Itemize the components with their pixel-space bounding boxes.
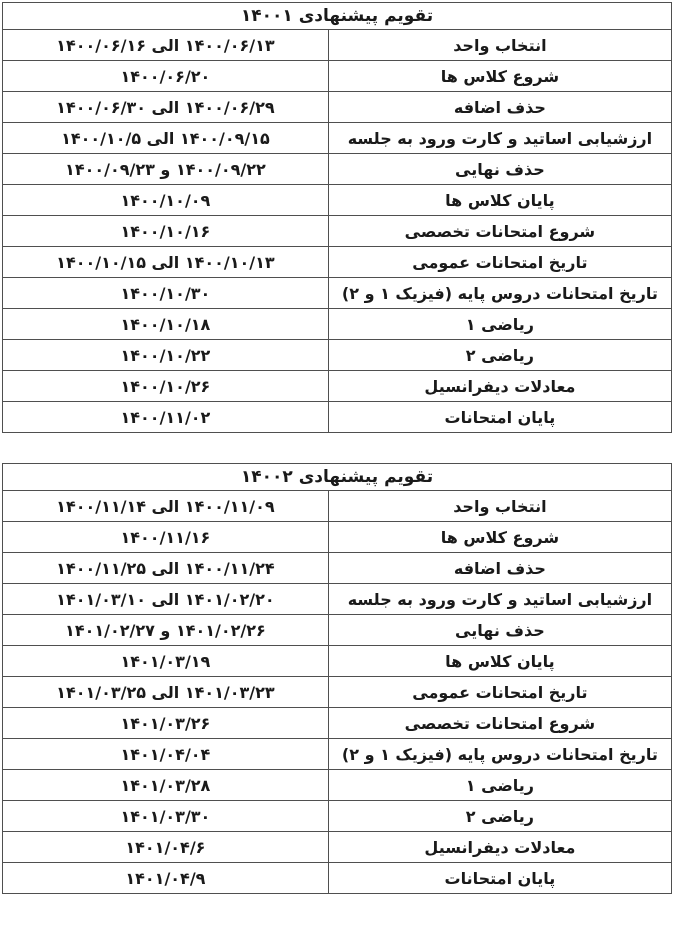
table-row: حذف نهایی۱۴۰۰/۰۹/۲۲ و ۱۴۰۰/۰۹/۲۳ <box>3 154 672 185</box>
table-row: ریاضی ۱۱۴۰۰/۱۰/۱۸ <box>3 309 672 340</box>
calendar-table-semester-2: تقویم پیشنهادی ۱۴۰۰۲ انتخاب واحد۱۴۰۰/۱۱/… <box>2 463 672 894</box>
date-value-cell: ۱۴۰۰/۰۶/۱۳ الی ۱۴۰۰/۰۶/۱۶ <box>3 30 329 61</box>
date-value-cell: ۱۴۰۱/۰۲/۲۰ الی ۱۴۰۱/۰۳/۱۰ <box>3 584 329 615</box>
date-value-cell: ۱۴۰۱/۰۲/۲۶ و ۱۴۰۱/۰۲/۲۷ <box>3 615 329 646</box>
table-row: شروع کلاس ها۱۴۰۰/۰۶/۲۰ <box>3 61 672 92</box>
table-row: پایان امتحانات۱۴۰۰/۱۱/۰۲ <box>3 402 672 433</box>
table-row: پایان کلاس ها۱۴۰۱/۰۳/۱۹ <box>3 646 672 677</box>
date-value-cell: ۱۴۰۰/۱۰/۳۰ <box>3 278 329 309</box>
event-label-cell: انتخاب واحد <box>328 491 671 522</box>
table-row: حذف اضافه۱۴۰۰/۱۱/۲۴ الی ۱۴۰۰/۱۱/۲۵ <box>3 553 672 584</box>
event-label-cell: شروع امتحانات تخصصی <box>328 708 671 739</box>
date-value-cell: ۱۴۰۰/۱۰/۱۸ <box>3 309 329 340</box>
table-row: شروع کلاس ها۱۴۰۰/۱۱/۱۶ <box>3 522 672 553</box>
document-page: تقویم پیشنهادی ۱۴۰۰۱ انتخاب واحد۱۴۰۰/۰۶/… <box>0 0 676 894</box>
event-label-cell: ارزشیابی اساتید و کارت ورود به جلسه <box>328 584 671 615</box>
event-label-cell: حذف نهایی <box>328 615 671 646</box>
date-value-cell: ۱۴۰۰/۱۱/۰۲ <box>3 402 329 433</box>
table-row: پایان امتحانات۱۴۰۱/۰۴/۹ <box>3 863 672 894</box>
date-value-cell: ۱۴۰۱/۰۳/۳۰ <box>3 801 329 832</box>
event-label-cell: حذف اضافه <box>328 553 671 584</box>
event-label-cell: ریاضی ۲ <box>328 801 671 832</box>
table-row: شروع امتحانات تخصصی۱۴۰۰/۱۰/۱۶ <box>3 216 672 247</box>
date-value-cell: ۱۴۰۱/۰۴/۹ <box>3 863 329 894</box>
table-row: تاریخ امتحانات عمومی۱۴۰۱/۰۳/۲۳ الی ۱۴۰۱/… <box>3 677 672 708</box>
table-row: ارزشیابی اساتید و کارت ورود به جلسه۱۴۰۰/… <box>3 123 672 154</box>
event-label-cell: حذف نهایی <box>328 154 671 185</box>
date-value-cell: ۱۴۰۰/۰۶/۲۹ الی ۱۴۰۰/۰۶/۳۰ <box>3 92 329 123</box>
table-title-row: تقویم پیشنهادی ۱۴۰۰۱ <box>3 3 672 30</box>
date-value-cell: ۱۴۰۰/۰۹/۲۲ و ۱۴۰۰/۰۹/۲۳ <box>3 154 329 185</box>
table-row: شروع امتحانات تخصصی۱۴۰۱/۰۳/۲۶ <box>3 708 672 739</box>
table-row: تاریخ امتحانات دروس پایه (فیزیک ۱ و ۲)۱۴… <box>3 739 672 770</box>
table-row: حذف نهایی۱۴۰۱/۰۲/۲۶ و ۱۴۰۱/۰۲/۲۷ <box>3 615 672 646</box>
table-gap <box>0 433 676 463</box>
date-value-cell: ۱۴۰۰/۱۰/۲۲ <box>3 340 329 371</box>
date-value-cell: ۱۴۰۰/۰۹/۱۵ الی ۱۴۰۰/۱۰/۵ <box>3 123 329 154</box>
table-title-row: تقویم پیشنهادی ۱۴۰۰۲ <box>3 464 672 491</box>
event-label-cell: معادلات دیفرانسیل <box>328 371 671 402</box>
table-row: تاریخ امتحانات دروس پایه (فیزیک ۱ و ۲)۱۴… <box>3 278 672 309</box>
event-label-cell: انتخاب واحد <box>328 30 671 61</box>
event-label-cell: ریاضی ۲ <box>328 340 671 371</box>
event-label-cell: پایان امتحانات <box>328 402 671 433</box>
table-row: ریاضی ۲۱۴۰۱/۰۳/۳۰ <box>3 801 672 832</box>
date-value-cell: ۱۴۰۱/۰۳/۲۶ <box>3 708 329 739</box>
date-value-cell: ۱۴۰۰/۱۰/۲۶ <box>3 371 329 402</box>
event-label-cell: تاریخ امتحانات دروس پایه (فیزیک ۱ و ۲) <box>328 278 671 309</box>
table-row: ارزشیابی اساتید و کارت ورود به جلسه۱۴۰۱/… <box>3 584 672 615</box>
event-label-cell: تاریخ امتحانات عمومی <box>328 247 671 278</box>
event-label-cell: ریاضی ۱ <box>328 770 671 801</box>
calendar-table-semester-1: تقویم پیشنهادی ۱۴۰۰۱ انتخاب واحد۱۴۰۰/۰۶/… <box>2 2 672 433</box>
date-value-cell: ۱۴۰۰/۱۰/۱۶ <box>3 216 329 247</box>
event-label-cell: حذف اضافه <box>328 92 671 123</box>
table-row: معادلات دیفرانسیل۱۴۰۰/۱۰/۲۶ <box>3 371 672 402</box>
event-label-cell: پایان کلاس ها <box>328 646 671 677</box>
date-value-cell: ۱۴۰۱/۰۴/۶ <box>3 832 329 863</box>
date-value-cell: ۱۴۰۰/۱۱/۱۶ <box>3 522 329 553</box>
date-value-cell: ۱۴۰۰/۱۰/۱۳ الی ۱۴۰۰/۱۰/۱۵ <box>3 247 329 278</box>
event-label-cell: پایان کلاس ها <box>328 185 671 216</box>
event-label-cell: تاریخ امتحانات عمومی <box>328 677 671 708</box>
table-row: انتخاب واحد۱۴۰۰/۱۱/۰۹ الی ۱۴۰۰/۱۱/۱۴ <box>3 491 672 522</box>
date-value-cell: ۱۴۰۱/۰۳/۱۹ <box>3 646 329 677</box>
event-label-cell: تاریخ امتحانات دروس پایه (فیزیک ۱ و ۲) <box>328 739 671 770</box>
date-value-cell: ۱۴۰۰/۱۰/۰۹ <box>3 185 329 216</box>
event-label-cell: ارزشیابی اساتید و کارت ورود به جلسه <box>328 123 671 154</box>
event-label-cell: شروع کلاس ها <box>328 61 671 92</box>
table-row: ریاضی ۲۱۴۰۰/۱۰/۲۲ <box>3 340 672 371</box>
table-row: ریاضی ۱۱۴۰۱/۰۳/۲۸ <box>3 770 672 801</box>
date-value-cell: ۱۴۰۱/۰۴/۰۴ <box>3 739 329 770</box>
table-row: تاریخ امتحانات عمومی۱۴۰۰/۱۰/۱۳ الی ۱۴۰۰/… <box>3 247 672 278</box>
table-row: معادلات دیفرانسیل۱۴۰۱/۰۴/۶ <box>3 832 672 863</box>
event-label-cell: پایان امتحانات <box>328 863 671 894</box>
table-row: حذف اضافه۱۴۰۰/۰۶/۲۹ الی ۱۴۰۰/۰۶/۳۰ <box>3 92 672 123</box>
event-label-cell: معادلات دیفرانسیل <box>328 832 671 863</box>
event-label-cell: شروع امتحانات تخصصی <box>328 216 671 247</box>
date-value-cell: ۱۴۰۱/۰۳/۲۸ <box>3 770 329 801</box>
date-value-cell: ۱۴۰۱/۰۳/۲۳ الی ۱۴۰۱/۰۳/۲۵ <box>3 677 329 708</box>
event-label-cell: ریاضی ۱ <box>328 309 671 340</box>
date-value-cell: ۱۴۰۰/۰۶/۲۰ <box>3 61 329 92</box>
table-title: تقویم پیشنهادی ۱۴۰۰۱ <box>3 3 672 30</box>
table-title: تقویم پیشنهادی ۱۴۰۰۲ <box>3 464 672 491</box>
table-row: پایان کلاس ها۱۴۰۰/۱۰/۰۹ <box>3 185 672 216</box>
date-value-cell: ۱۴۰۰/۱۱/۲۴ الی ۱۴۰۰/۱۱/۲۵ <box>3 553 329 584</box>
table-row: انتخاب واحد۱۴۰۰/۰۶/۱۳ الی ۱۴۰۰/۰۶/۱۶ <box>3 30 672 61</box>
event-label-cell: شروع کلاس ها <box>328 522 671 553</box>
date-value-cell: ۱۴۰۰/۱۱/۰۹ الی ۱۴۰۰/۱۱/۱۴ <box>3 491 329 522</box>
